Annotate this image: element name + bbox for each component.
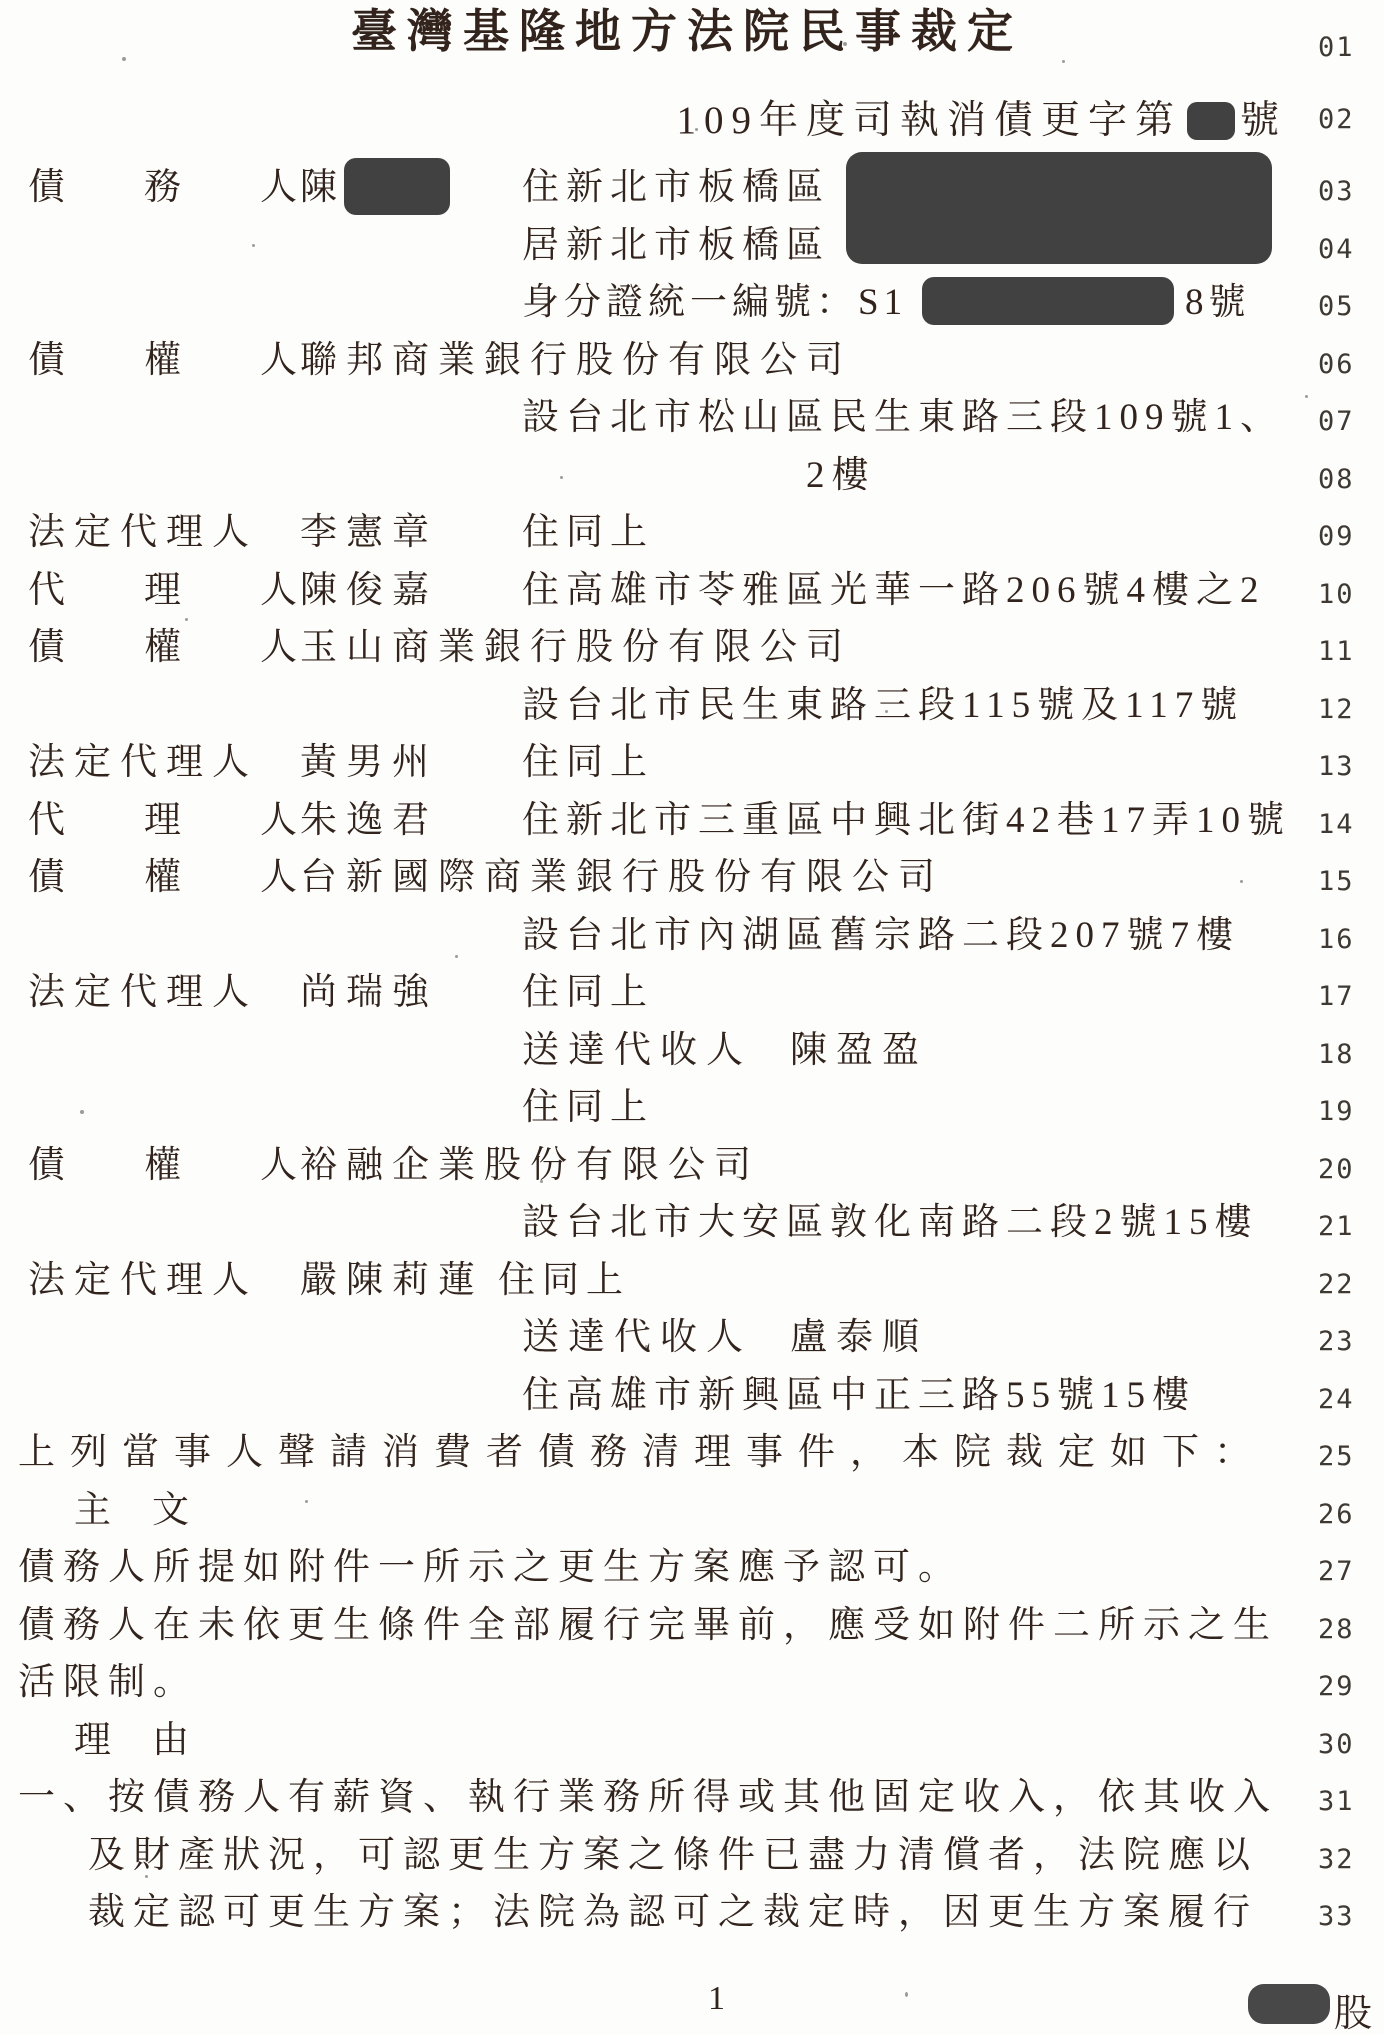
line-number: 10 (1318, 579, 1355, 610)
section-heading: 主 文 (74, 1490, 191, 1533)
party-role-label: 債 權 人 (28, 340, 318, 383)
line-number: 29 (1318, 1671, 1355, 1702)
scan-noise-dot (80, 1110, 84, 1114)
line-number: 19 (1318, 1096, 1355, 1127)
document-line-04: 居新北市板橋區04 (0, 218, 1384, 276)
clerk-stamp-label: 股 (1334, 1982, 1372, 2035)
party-name: 李憲章 (300, 512, 438, 555)
scan-noise-dot (36, 176, 39, 179)
party-address: 設台北市內湖區舊宗路二段207號7樓 (522, 915, 1240, 958)
document-line-19: 住同上19 (0, 1080, 1384, 1138)
party-role-label: 法定代理人 (28, 1260, 258, 1303)
ruling-text: 上列當事人聲請消費者債務清理事件，本院裁定如下： (18, 1432, 1266, 1475)
party-role-label: 法定代理人 (28, 972, 258, 1015)
scan-noise-dot (122, 57, 126, 61)
party-name: 台新國際商業銀行股份有限公司 (300, 857, 944, 900)
party-address: 設台北市大安區敦化南路二段2號15樓 (522, 1202, 1259, 1245)
scan-noise-dot (885, 710, 888, 713)
document-line-18: 送達代收人陳盈盈18 (0, 1023, 1384, 1081)
document-line-13: 法定代理人黃男州住同上13 (0, 735, 1384, 793)
party-role-label: 債 務 人 (28, 167, 318, 210)
scan-noise-dot (1305, 395, 1308, 398)
document-line-32: 及財產狀況，可認更生方案之條件已盡力清償者，法院應以32 (0, 1828, 1384, 1886)
party-name: 陳 (300, 167, 346, 210)
line-number: 13 (1318, 751, 1355, 782)
document-line-20: 債 權 人裕融企業股份有限公司20 (0, 1138, 1384, 1196)
scan-noise-dot (305, 1500, 308, 1503)
party-role-label: 法定代理人 (28, 742, 258, 785)
document-line-05: 身分證統一編號：S18號05 (0, 275, 1384, 333)
line-number: 15 (1318, 866, 1355, 897)
document-line-01: 臺灣基隆地方法院民事裁定01 (0, 6, 1384, 64)
line-number: 28 (1318, 1614, 1355, 1645)
scan-noise-dot (905, 1992, 908, 1997)
line-number: 07 (1318, 406, 1355, 437)
line-number: 31 (1318, 1786, 1355, 1817)
ruling-text: 裁定認可更生方案；法院為認可之裁定時，因更生方案履行 (88, 1892, 1258, 1935)
scan-noise-dot (455, 955, 458, 958)
party-address: 住同上 (522, 1087, 654, 1130)
line-number: 08 (1318, 464, 1355, 495)
line-number: 22 (1318, 1269, 1355, 1300)
document-line-09: 法定代理人李憲章住同上09 (0, 505, 1384, 563)
line-number: 16 (1318, 924, 1355, 955)
case-number-text: 號 (1240, 99, 1287, 144)
party-name: 尚瑞強 (300, 972, 438, 1015)
document-line-14: 代 理 人朱逸君住新北市三重區中興北街42巷17弄10號14 (0, 793, 1384, 851)
line-number: 32 (1318, 1844, 1355, 1875)
party-address: 住同上 (522, 512, 654, 555)
line-number: 05 (1318, 291, 1355, 322)
party-address: 住新北市三重區中興北街42巷17弄10號 (522, 800, 1291, 843)
line-number: 03 (1318, 176, 1355, 207)
document-line-06: 債 權 人聯邦商業銀行股份有限公司06 (0, 333, 1384, 391)
line-number: 18 (1318, 1039, 1355, 1070)
line-number: 11 (1318, 636, 1355, 667)
service-agent-name: 陳盈盈 (790, 1030, 928, 1073)
document-line-15: 債 權 人台新國際商業銀行股份有限公司15 (0, 850, 1384, 908)
service-agent-name: 盧泰順 (790, 1317, 928, 1360)
document-line-26: 主 文26 (0, 1483, 1384, 1541)
document-line-10: 代 理 人陳俊嘉住高雄市苓雅區光華一路206號4樓之210 (0, 563, 1384, 621)
party-name: 玉山商業銀行股份有限公司 (300, 627, 852, 670)
document-line-16: 設台北市內湖區舊宗路二段207號7樓16 (0, 908, 1384, 966)
document-line-31: 一、按債務人有薪資、執行業務所得或其他固定收入，依其收入31 (0, 1770, 1384, 1828)
id-number-redaction (922, 277, 1174, 325)
ruling-text: 債務人所提如附件一所示之更生方案應予認可。 (18, 1547, 963, 1590)
party-role-label: 債 權 人 (28, 1145, 318, 1188)
scan-noise-dot (645, 1345, 648, 1348)
party-address: 2樓 (806, 455, 876, 498)
document-line-11: 債 權 人玉山商業銀行股份有限公司11 (0, 620, 1384, 678)
case-number-text: 109年度司執消債更字第 (676, 99, 1182, 144)
party-address: 居新北市板橋區 (522, 225, 830, 268)
document-line-28: 債務人在未依更生條件全部履行完畢前，應受如附件二所示之生28 (0, 1598, 1384, 1656)
party-name: 裕融企業股份有限公司 (300, 1145, 760, 1188)
ruling-text: 活限制。 (18, 1662, 198, 1705)
party-address: 設台北市民生東路三段115號及117號 (522, 685, 1244, 728)
line-number: 02 (1318, 104, 1355, 135)
document-line-23: 送達代收人盧泰順23 (0, 1310, 1384, 1368)
court-title: 臺灣基隆地方法院民事裁定 (351, 6, 1023, 57)
line-number: 06 (1318, 349, 1355, 380)
party-name: 陳俊嘉 (300, 570, 438, 613)
clerk-stamp-redaction (1248, 1984, 1330, 2024)
service-agent-label: 送達代收人 (522, 1030, 752, 1073)
document-line-27: 債務人所提如附件一所示之更生方案應予認可。27 (0, 1540, 1384, 1598)
line-number: 01 (1318, 32, 1355, 63)
ruling-text: 一、按債務人有薪資、執行業務所得或其他固定收入，依其收入 (18, 1777, 1278, 1820)
ruling-text: 債務人在未依更生條件全部履行完畢前，應受如附件二所示之生 (18, 1605, 1278, 1648)
court-ruling-page: 臺灣基隆地方法院民事裁定01109年度司執消債更字第號02債 務 人陳住新北市板… (0, 0, 1384, 2035)
line-number: 33 (1318, 1901, 1355, 1932)
document-line-25: 上列當事人聲請消費者債務清理事件，本院裁定如下：25 (0, 1425, 1384, 1483)
line-number: 24 (1318, 1384, 1355, 1415)
line-number: 04 (1318, 234, 1355, 265)
case-number-redaction (1187, 102, 1235, 140)
document-line-29: 活限制。29 (0, 1655, 1384, 1713)
document-line-07: 設台北市松山區民生東路三段109號1、07 (0, 390, 1384, 448)
scan-noise-dot (695, 128, 698, 131)
debtor-name-redaction (344, 158, 450, 215)
line-number: 27 (1318, 1556, 1355, 1587)
document-line-24: 住高雄市新興區中正三路55號15樓24 (0, 1368, 1384, 1426)
document-line-03: 債 務 人陳住新北市板橋區03 (0, 160, 1384, 218)
party-address: 設台北市松山區民生東路三段109號1、 (522, 397, 1284, 440)
id-number-text: 身分證統一編號：S1 (522, 282, 907, 325)
document-line-12: 設台北市民生東路三段115號及117號12 (0, 678, 1384, 736)
service-agent-label: 送達代收人 (522, 1317, 752, 1360)
line-number: 26 (1318, 1499, 1355, 1530)
line-number: 20 (1318, 1154, 1355, 1185)
party-name: 嚴陳莉蓮 (300, 1260, 484, 1303)
document-line-17: 法定代理人尚瑞強住同上17 (0, 965, 1384, 1023)
scan-noise-dot (145, 1875, 148, 1878)
party-name: 聯邦商業銀行股份有限公司 (300, 340, 852, 383)
line-number: 30 (1318, 1729, 1355, 1760)
scan-noise-dot (843, 42, 847, 46)
party-role-label: 代 理 人 (28, 800, 318, 843)
document-line-22: 法定代理人嚴陳莉蓮住同上22 (0, 1253, 1384, 1311)
party-address: 住同上 (522, 972, 654, 1015)
party-name: 黃男州 (300, 742, 438, 785)
party-address: 住同上 (498, 1260, 630, 1303)
document-line-33: 裁定認可更生方案；法院為認可之裁定時，因更生方案履行33 (0, 1885, 1384, 1943)
scan-noise-dot (1062, 60, 1065, 63)
id-number-text: 8號 (1185, 282, 1251, 325)
line-number: 21 (1318, 1211, 1355, 1242)
document-line-02: 109年度司執消債更字第號02 (0, 92, 1384, 150)
line-number: 25 (1318, 1441, 1355, 1472)
party-role-label: 代 理 人 (28, 570, 318, 613)
document-line-08: 2樓08 (0, 448, 1384, 506)
scan-noise-dot (252, 244, 255, 247)
line-number: 09 (1318, 521, 1355, 552)
document-line-21: 設台北市大安區敦化南路二段2號15樓21 (0, 1195, 1384, 1253)
line-number: 14 (1318, 809, 1355, 840)
party-address: 住同上 (522, 742, 654, 785)
scan-noise-dot (185, 618, 188, 621)
page-number: 1 (708, 1980, 725, 2018)
scan-noise-dot (540, 1180, 543, 1183)
party-role-label: 法定代理人 (28, 512, 258, 555)
line-number: 12 (1318, 694, 1355, 725)
party-role-label: 債 權 人 (28, 627, 318, 670)
party-role-label: 債 權 人 (28, 857, 318, 900)
section-heading: 理 由 (74, 1720, 191, 1763)
scan-noise-dot (1240, 880, 1243, 883)
party-name: 朱逸君 (300, 800, 438, 843)
party-address: 住高雄市新興區中正三路55號15樓 (522, 1375, 1196, 1418)
scan-noise-dot (560, 476, 563, 479)
party-address: 住新北市板橋區 (522, 167, 830, 210)
document-line-30: 理 由30 (0, 1713, 1384, 1771)
ruling-text: 及財產狀況，可認更生方案之條件已盡力清償者，法院應以 (88, 1835, 1258, 1878)
party-address: 住高雄市苓雅區光華一路206號4樓之2 (522, 570, 1266, 613)
line-number: 23 (1318, 1326, 1355, 1357)
line-number: 17 (1318, 981, 1355, 1012)
